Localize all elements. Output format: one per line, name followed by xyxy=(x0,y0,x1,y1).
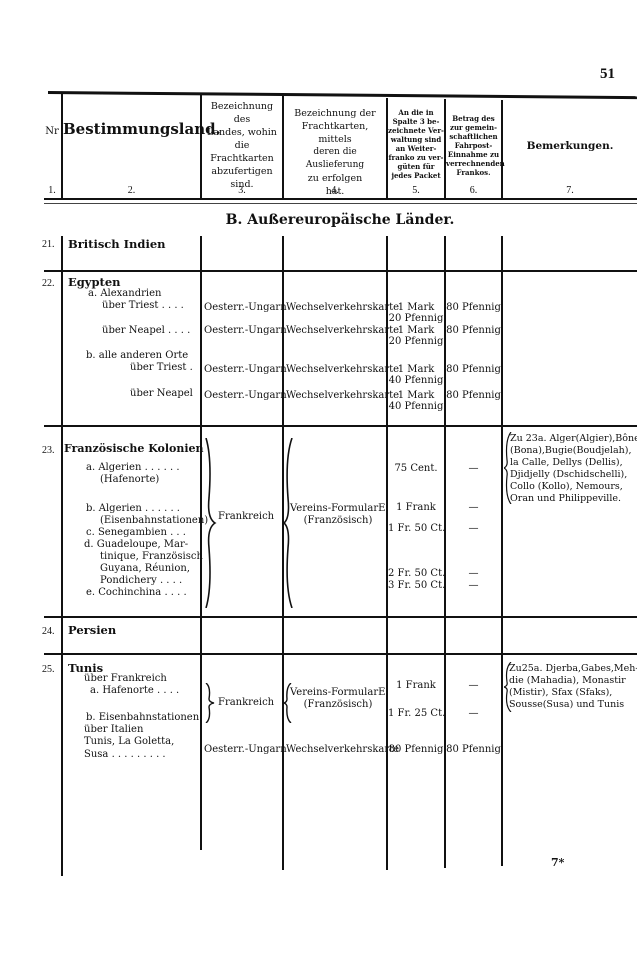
row-22b-franko: 1 Mark 40 Pfennig xyxy=(388,364,444,386)
row-22-nr: 22. xyxy=(42,278,55,289)
header-col3-line: abzufertigen xyxy=(202,165,282,178)
row-25c-card: Wechselverkehrskarte xyxy=(286,744,399,756)
row-22b-admin: Oesterr.-Ungarn xyxy=(204,364,287,376)
header-col5-line: An die in xyxy=(388,108,444,117)
header-divider-1 xyxy=(61,94,63,198)
remark-line: Djidjelly (Dschidschelli), xyxy=(510,469,637,481)
header-col5-line: jedes Packet xyxy=(388,171,444,180)
row-23e-franko: 3 Fr. 50 Ct. xyxy=(388,580,444,592)
row-25c-admin: Oesterr.-Ungarn xyxy=(204,744,287,756)
row-25c-share: 80 Pfennig xyxy=(446,744,501,756)
header-remarks: Bemerkungen. xyxy=(503,140,637,153)
header-nr: Nr xyxy=(44,125,60,138)
body-divider-2 xyxy=(200,236,202,850)
row-25-via-france: über Frankreich xyxy=(84,673,167,685)
row-23b-share: — xyxy=(446,502,501,514)
header-top-rule xyxy=(48,91,637,99)
row-25c-franko: 80 Pfennig xyxy=(388,744,444,756)
row-21-nr: 21. xyxy=(42,239,55,250)
header-col6-line: Frankos. xyxy=(446,168,501,177)
row-25-nr: 25. xyxy=(42,664,55,675)
header-col4-line: Bezeichnung der xyxy=(284,107,386,120)
row-25b-share: — xyxy=(446,708,501,720)
row-23-admin-brace-icon xyxy=(203,438,217,608)
row-22a-share: 80 Pfennig xyxy=(446,302,501,314)
row-25c-line1: Tunis, La Goletta, xyxy=(84,736,174,748)
header-col5-line: zeichnete Ver- xyxy=(388,126,444,135)
card-line: (Französisch) xyxy=(290,515,386,527)
remark-line: Zu 23a. Alger(Algier),Bône xyxy=(510,433,637,445)
colnum-3: 3. xyxy=(202,185,282,196)
row-25-remark: Zu25a. Djerba,Gabes,Meh- die (Mahadia), … xyxy=(509,663,637,711)
row-22a2-share: 80 Pfennig xyxy=(446,325,501,337)
body-divider-1 xyxy=(61,236,63,876)
row-22-country: Egypten xyxy=(68,275,121,289)
card-line: Vereins-FormularE. xyxy=(290,503,386,515)
row-23-remark: Zu 23a. Alger(Algier),Bône (Bona),Bugie(… xyxy=(510,433,637,505)
row-22a-admin: Oesterr.-Ungarn xyxy=(204,302,287,314)
franko-line: 1 Mark xyxy=(388,325,444,336)
franko-line: 20 Pfennig xyxy=(388,313,444,324)
row-23a-label: a. Algerien . . . . . . xyxy=(86,462,180,474)
colnum-7: 7. xyxy=(503,185,637,196)
row-23-card: Vereins-FormularE. (Französisch) xyxy=(290,503,386,527)
row-23-country: Französische Kolonien xyxy=(64,442,204,455)
colnum-1: 1. xyxy=(44,185,60,196)
row-25b-franko: 1 Fr. 25 Ct. xyxy=(388,708,444,720)
row-23d-franko: 2 Fr. 50 Ct. xyxy=(388,568,444,580)
header-col5-line: Spalte 3 be- xyxy=(388,117,444,126)
header-col3-line: Bezeichnung des xyxy=(202,100,282,126)
row-25-card-france: Vereins-FormularE. (Französisch) xyxy=(290,687,386,711)
row-22a-franko: 1 Mark 20 Pfennig xyxy=(388,302,444,324)
row-23d-line3: Pondichery . . . . xyxy=(100,575,182,587)
row-23a-share: — xyxy=(446,463,501,475)
row-21-country: Britisch Indien xyxy=(68,237,166,251)
page-number: 51 xyxy=(600,66,615,83)
row-22b2-via: über Neapel xyxy=(130,388,193,400)
remark-line: Sousse(Susa) und Tunis xyxy=(509,699,637,711)
colnum-2: 2. xyxy=(63,185,200,196)
row-22b2-share: 80 Pfennig xyxy=(446,390,501,402)
section-rule xyxy=(44,203,637,204)
row-22b-share: 80 Pfennig xyxy=(446,364,501,376)
header-col3-line: die Frachtkarten xyxy=(202,139,282,165)
row-23d-line1: tinique, Französisch xyxy=(100,551,203,563)
franko-line: 1 Mark xyxy=(388,302,444,313)
row-24-nr: 24. xyxy=(42,626,55,637)
row-sep-23-24 xyxy=(44,616,637,618)
header-country-col: Bezeichnung des Landes, wohin die Fracht… xyxy=(202,100,282,191)
row-sep-21-22 xyxy=(44,270,637,272)
section-title: B. Außereuropäische Länder. xyxy=(200,212,480,228)
header-destination: Bestimmungsland. xyxy=(63,123,200,136)
remark-line: Zu25a. Djerba,Gabes,Meh- xyxy=(509,663,637,675)
row-23d-label: d. Guadeloupe, Mar- xyxy=(84,539,188,551)
row-25c-label: über Italien xyxy=(84,724,143,736)
franko-line: 1 Mark xyxy=(388,364,444,375)
row-sep-22-23 xyxy=(44,425,637,427)
header-col6-line: zur gemein- xyxy=(446,123,501,132)
row-22a2-franko: 1 Mark 20 Pfennig xyxy=(388,325,444,347)
colnum-6: 6. xyxy=(446,185,501,196)
row-23c-label: c. Senegambien . . . xyxy=(86,527,186,539)
header-share-col: Betrag des zur gemein- schaftlichen Fahr… xyxy=(446,114,501,177)
row-22a2-via: über Neapel . . . . xyxy=(102,325,190,337)
body-divider-6 xyxy=(501,236,503,866)
remark-line: Collo (Kollo), Nemours, xyxy=(510,481,637,493)
row-23d-share: — xyxy=(446,568,501,580)
row-sep-24-25 xyxy=(44,653,637,655)
row-24-country: Persien xyxy=(68,623,116,637)
row-22b-card: Wechselverkehrskarte xyxy=(286,364,399,376)
header-franko-col: An die in Spalte 3 be- zeichnete Ver- wa… xyxy=(388,108,444,180)
row-23b-franko: 1 Frank xyxy=(388,502,444,514)
header-col4-line: Frachtkarten, mittels xyxy=(284,120,386,146)
remark-line: Oran und Philippeville. xyxy=(510,493,637,505)
row-22a-label: a. Alexandrien xyxy=(88,288,161,300)
header-bottom-rule xyxy=(44,198,637,200)
header-col6-line: schaftlichen xyxy=(446,132,501,141)
row-23a-sub: (Hafenorte) xyxy=(100,474,159,486)
row-23e-share: — xyxy=(446,580,501,592)
row-25a-franko: 1 Frank xyxy=(388,680,444,692)
row-23e-label: e. Cochinchina . . . . xyxy=(86,587,187,599)
row-25-admin-france: Frankreich xyxy=(218,697,274,709)
row-23b-label: b. Algerien . . . . . . xyxy=(86,503,180,515)
franko-line: 40 Pfennig xyxy=(388,375,444,386)
row-22b-via: über Triest . xyxy=(130,362,193,374)
row-22b2-admin: Oesterr.-Ungarn xyxy=(204,390,287,402)
header-col6-line: verrechnenden xyxy=(446,159,501,168)
header-col6-line: Fahrpost- xyxy=(446,141,501,150)
header-col3-line: Landes, wohin xyxy=(202,126,282,139)
remark-line: (Bona),Bugie(Boudjelah), xyxy=(510,445,637,457)
header-col5-line: güten für xyxy=(388,162,444,171)
header-col5-line: an Weiter- xyxy=(388,144,444,153)
row-22b2-card: Wechselverkehrskarte xyxy=(286,390,399,402)
card-line: Vereins-FormularE. xyxy=(290,687,386,699)
row-22b2-franko: 1 Mark 40 Pfennig xyxy=(388,390,444,412)
franko-line: 20 Pfennig xyxy=(388,336,444,347)
row-25a-share: — xyxy=(446,680,501,692)
row-23a-franko: 75 Cent. xyxy=(388,463,444,475)
header-col6-line: Betrag des xyxy=(446,114,501,123)
card-line: (Französisch) xyxy=(290,699,386,711)
row-23d-line2: Guyana, Réunion, xyxy=(100,563,190,575)
signature-mark: 7* xyxy=(551,856,564,869)
row-22b-label: b. alle anderen Orte xyxy=(86,350,188,362)
header-col6-line: Einnahme zu xyxy=(446,150,501,159)
franko-line: 1 Mark xyxy=(388,390,444,401)
header-col5-line: waltung sind xyxy=(388,135,444,144)
row-22a2-card: Wechselverkehrskarte xyxy=(286,325,399,337)
row-23c-share: — xyxy=(446,523,501,535)
row-23-admin: Frankreich xyxy=(218,511,274,523)
remark-line: la Calle, Dellys (Dellis), xyxy=(510,457,637,469)
header-col4-line: zu erfolgen xyxy=(284,172,386,185)
row-23c-franko: 1 Fr. 50 Ct. xyxy=(388,523,444,535)
row-25c-line2: Susa . . . . . . . . . xyxy=(84,749,166,761)
remark-line: (Mistir), Sfax (Sfaks), xyxy=(509,687,637,699)
franko-line: 40 Pfennig xyxy=(388,401,444,412)
remark-line: die (Mahadia), Monastir xyxy=(509,675,637,687)
row-22a-card: Wechselverkehrskarte xyxy=(286,302,399,314)
header-col5-line: franko zu ver- xyxy=(388,153,444,162)
colnum-4: 4. xyxy=(284,185,386,196)
row-23b-sub: (Eisenbahnstationen) xyxy=(100,515,208,527)
header-col4-line: deren die Auslieferung xyxy=(284,146,386,172)
row-25a-label: a. Hafenorte . . . . xyxy=(90,685,179,697)
row-22a-via: über Triest . . . . xyxy=(102,300,184,312)
row-23-nr: 23. xyxy=(42,445,55,456)
colnum-5: 5. xyxy=(388,185,444,196)
row-25-admin-brace-icon xyxy=(204,683,216,723)
row-25b-label: b. Eisenbahnstationen xyxy=(86,712,199,724)
row-22a2-admin: Oesterr.-Ungarn xyxy=(204,325,287,337)
